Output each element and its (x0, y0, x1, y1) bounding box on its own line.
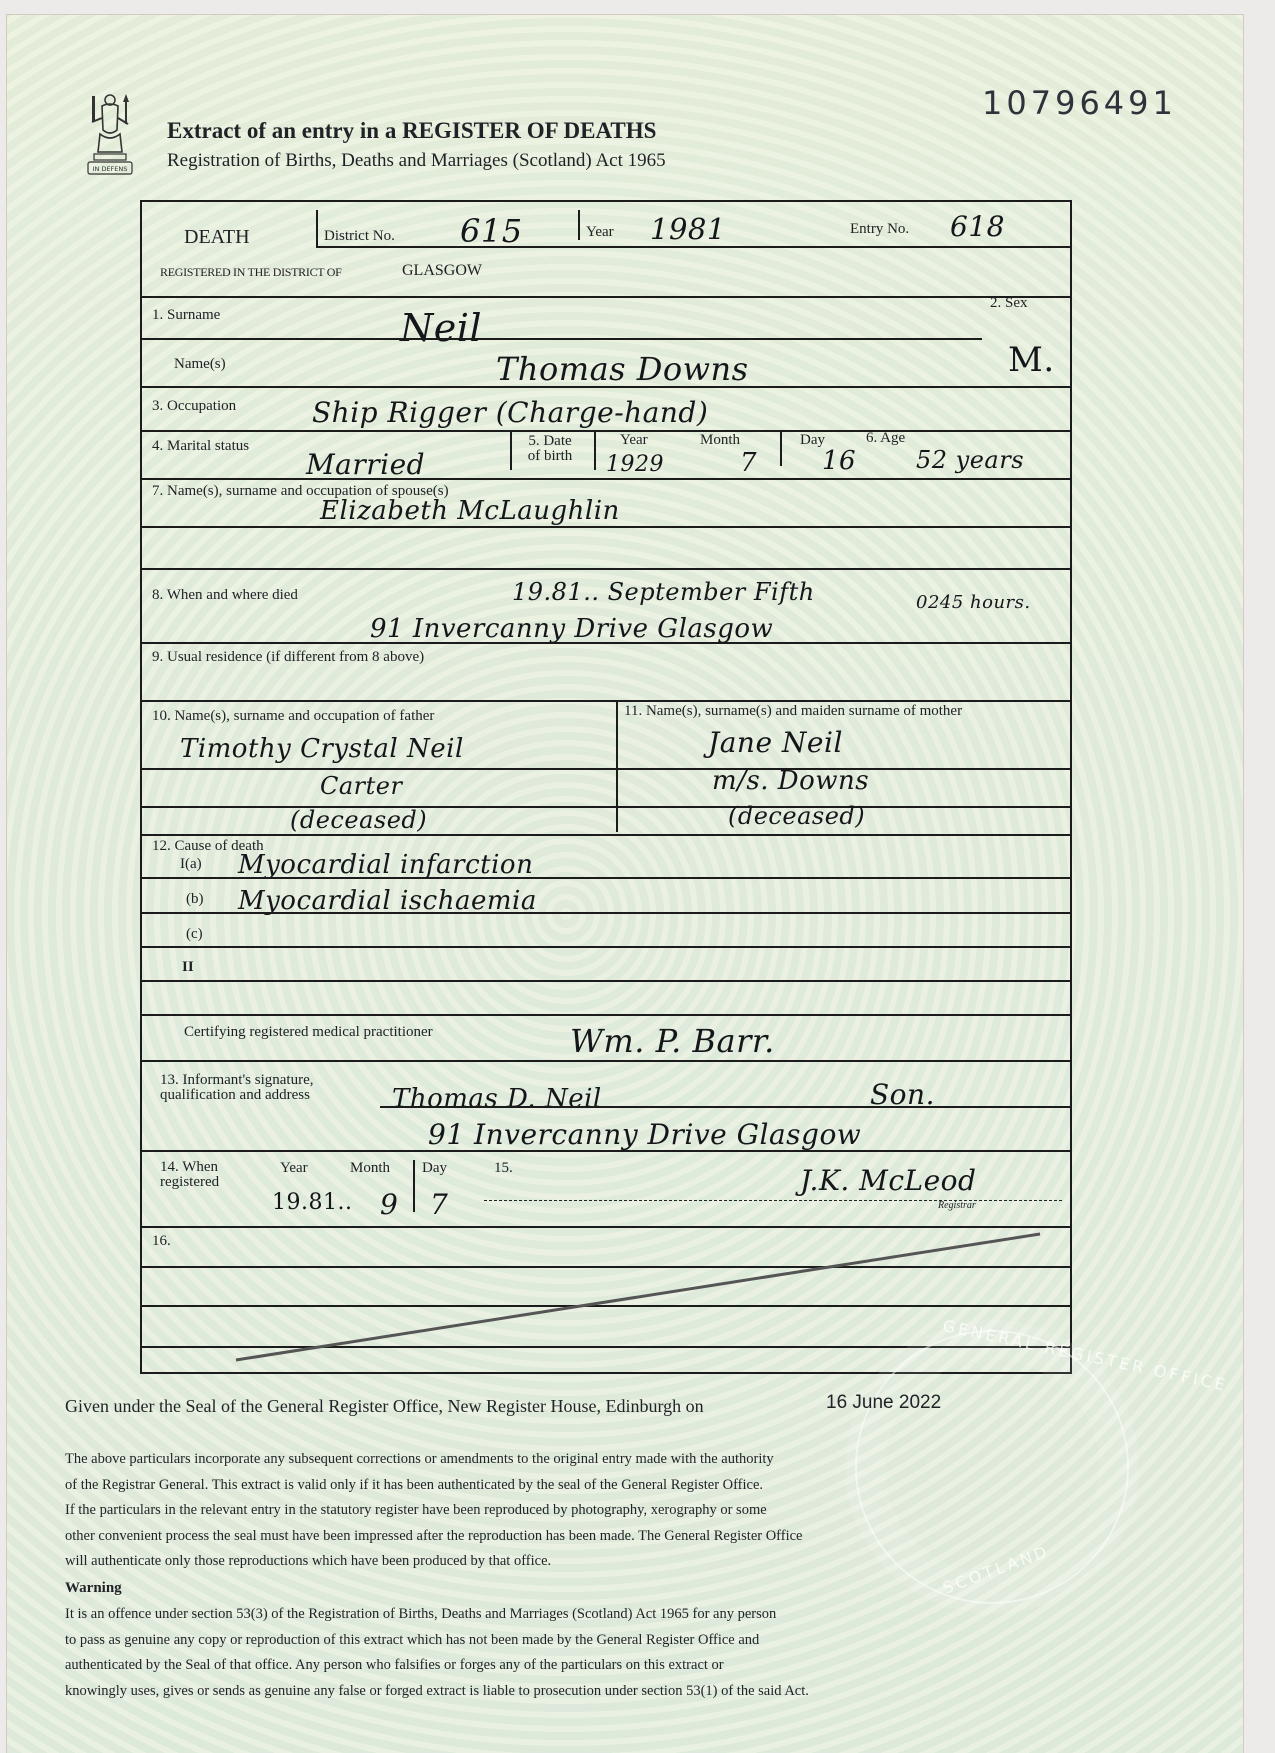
names-value: Thomas Downs (496, 350, 749, 388)
spouse-value: Elizabeth McLaughlin (320, 496, 620, 526)
registrar-caption: Registrar (938, 1200, 976, 1211)
document-title: Extract of an entry in a REGISTER OF DEA… (167, 118, 656, 144)
registrar-signature: J.K. McLeod (800, 1164, 976, 1197)
died-date: 19.81.. September Fifth (512, 578, 815, 606)
reg-year-label: Year (280, 1160, 308, 1177)
dob-year-value: 1929 (606, 452, 664, 477)
certifying-label: Certifying registered medical practition… (184, 1024, 433, 1041)
document-subtitle: Registration of Births, Deaths and Marri… (167, 150, 666, 172)
reg-day-value: 7 (430, 1188, 448, 1221)
surname-value: Neil (400, 306, 482, 350)
registered-when-label: 14. When registered (160, 1160, 240, 1190)
registered-district-label: REGISTERED IN THE DISTRICT OF (160, 265, 342, 280)
reg-month-value: 9 (380, 1188, 398, 1221)
cause-row-value: Myocardial infarction (238, 850, 533, 880)
issue-date: 16 June 2022 (826, 1392, 941, 1414)
age-label: 6. Age (866, 430, 905, 447)
informant-signature: Thomas D. Neil (392, 1084, 602, 1114)
occupation-value: Ship Rigger (Charge-hand) (312, 396, 708, 429)
informant-label: 13. Informant's signature, qualification… (160, 1073, 330, 1103)
mother-name: Jane Neil (708, 726, 843, 759)
entry-label: Entry No. (850, 221, 909, 238)
died-place: 91 Invercanny Drive Glasgow (370, 614, 773, 644)
age-value: 52 years (916, 446, 1024, 474)
father-occupation: Carter (320, 772, 402, 800)
notice-paragraph: The above particulars incorporate any su… (65, 1447, 945, 1575)
year-label: Year (586, 224, 614, 241)
cause-row-label: I(a) (180, 856, 202, 873)
district-value: 615 (460, 212, 523, 250)
field16-label: 16. (152, 1233, 171, 1250)
marital-value: Married (306, 448, 425, 481)
reg-month-label: Month (350, 1160, 390, 1177)
died-time: 0245 hours. (916, 592, 1031, 613)
given-under-seal-text: Given under the Seal of the General Regi… (65, 1396, 704, 1417)
svg-text:IN DEFENS: IN DEFENS (93, 165, 128, 173)
father-label: 10. Name(s), surname and occupation of f… (152, 708, 434, 725)
died-label: 8. When and where died (152, 587, 298, 604)
serial-number: 10796491 (982, 84, 1177, 122)
district-label: District No. (324, 228, 395, 245)
dob-label: 5. Date of birth (522, 434, 578, 464)
marital-label: 4. Marital status (152, 438, 249, 455)
registrar-field-label: 15. (494, 1160, 513, 1177)
dob-month-value: 7 (740, 448, 757, 478)
names-label: Name(s) (174, 356, 226, 373)
surname-label: 1. Surname (152, 307, 220, 324)
sex-label: 2. Sex (990, 295, 1028, 312)
mother-label: 11. Name(s), surname(s) and maiden surna… (624, 703, 962, 720)
cause-row-label: (c) (186, 926, 203, 943)
father-status: (deceased) (290, 806, 427, 834)
entry-value: 618 (950, 210, 1005, 243)
warning-heading: Warning (65, 1580, 122, 1597)
mother-maiden-name: m/s. Downs (712, 766, 869, 796)
residence-label: 9. Usual residence (if different from 8 … (152, 649, 424, 666)
year-value: 1981 (650, 212, 726, 246)
form-type-label: DEATH (184, 226, 250, 249)
dob-month-label: Month (700, 432, 740, 449)
occupation-label: 3. Occupation (152, 398, 236, 415)
dob-day-value: 16 (822, 446, 856, 476)
scottish-royal-crest-icon: IN DEFENS (84, 90, 136, 178)
mother-status: (deceased) (728, 802, 865, 830)
certifying-value: Wm. P. Barr. (570, 1022, 775, 1060)
dob-year-label: Year (620, 432, 648, 449)
informant-address: 91 Invercanny Drive Glasgow (428, 1118, 861, 1151)
sex-value: M. (1008, 340, 1055, 380)
reg-year-value: 19.81.. (272, 1190, 352, 1215)
registered-district-value: GLASGOW (402, 262, 482, 280)
father-name: Timothy Crystal Neil (180, 734, 464, 764)
cause-row-label: II (182, 959, 194, 976)
reg-day-label: Day (422, 1160, 447, 1177)
cause-row-label: (b) (186, 891, 204, 908)
warning-paragraph: It is an offence under section 53(3) of … (65, 1602, 945, 1704)
